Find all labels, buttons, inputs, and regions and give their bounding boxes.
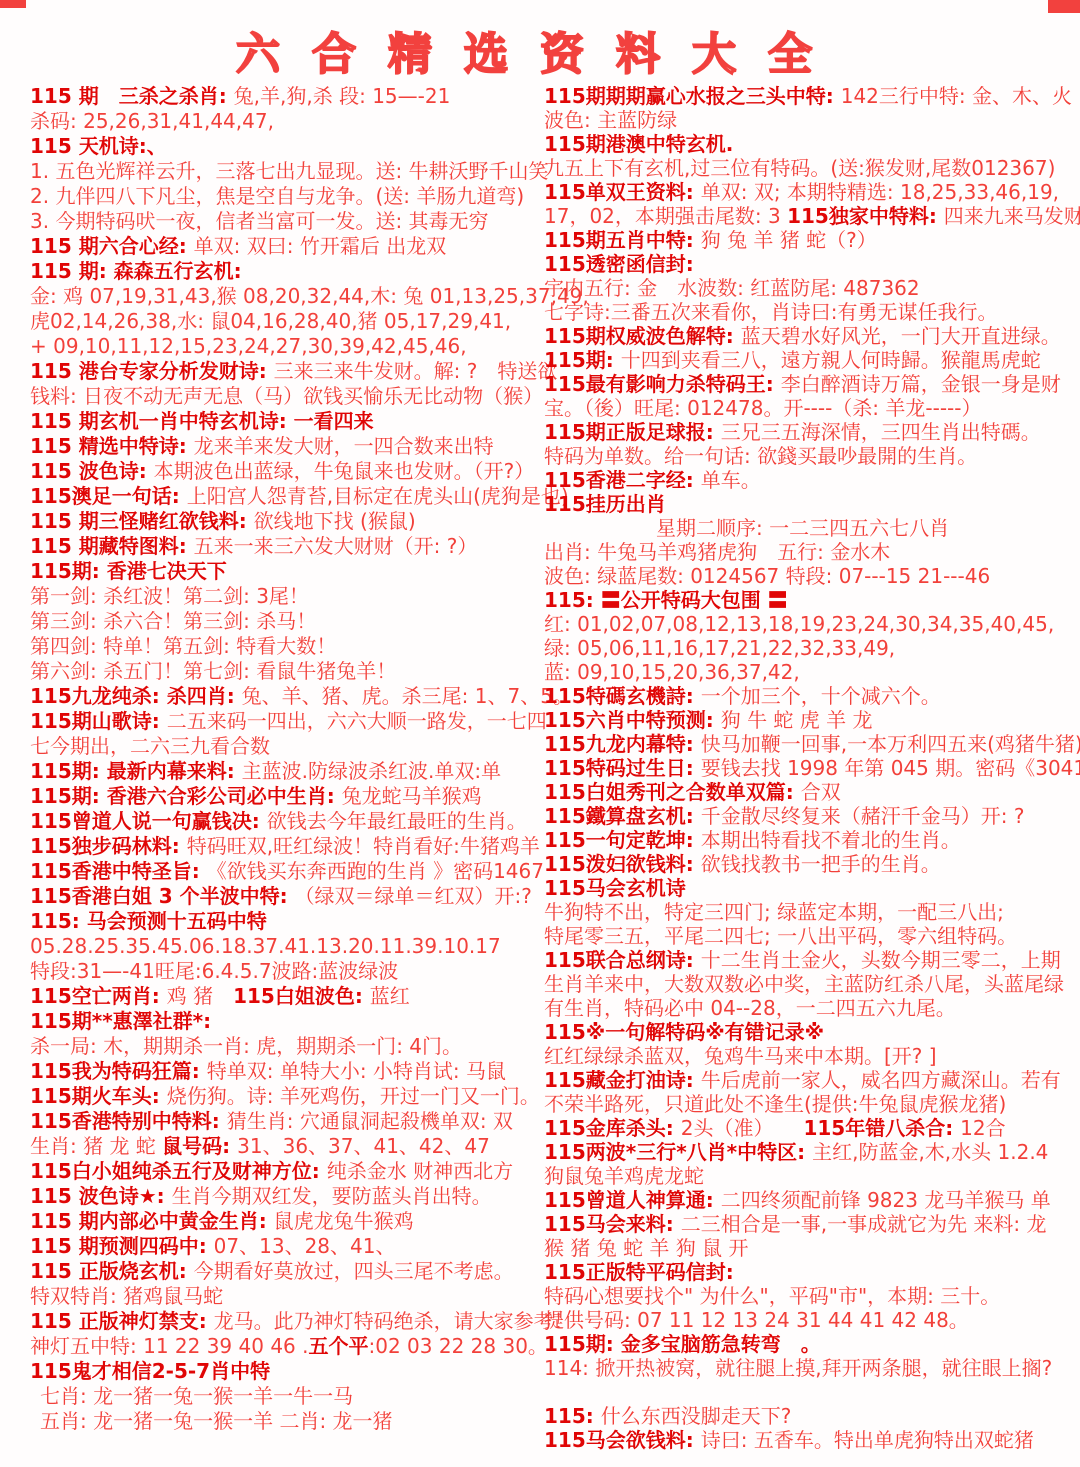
text-line: 115: 马会预测十五码中特	[30, 909, 544, 934]
text-line: 红: 01,02,07,08,12,13,18,19,23,24,30,34,3…	[544, 612, 1076, 636]
text-line: 第四剑: 特单！第五剑: 特看大数！	[30, 634, 544, 659]
text-line: 生肖羊来中，大数双数必中奖，主蓝防红杀八尾，头蓝尾绿	[544, 972, 1076, 996]
red-corner-mark-right	[1048, 0, 1080, 13]
text-line: 波色: 绿蓝尾数: 0124567 特段: 07---15 21---46	[544, 564, 1076, 588]
text-line: 蓝: 09,10,15,20,36,37,42,	[544, 660, 1076, 684]
text-line: 115 期三怪赌红欲钱料: 欲线地下找 (猴鼠)	[30, 509, 544, 534]
text-line: 2. 九伴四八下凡尘，焦是空自与龙争。(送: 羊肠九道弯)	[30, 184, 544, 209]
text-line: 115: 什么东西没脚走天下?	[544, 1404, 1076, 1428]
left-column: 115 期 三杀之杀肖: 兔,羊,狗,杀 段: 15—-21杀码: 25,26,…	[30, 84, 544, 1452]
text-line: 绿: 05,06,11,16,17,21,22,32,33,49,	[544, 636, 1076, 660]
text-line: 钱料: 日夜不动无声无息（马）欲钱买愉乐无比动物（猴）	[30, 384, 544, 409]
text-line: 115期五肖中特: 狗 兔 羊 猪 蛇（?）	[544, 228, 1076, 252]
text-line: 115两波*三行*八肖*中特区: 主红,防蓝金,木,水头 1.2.4	[544, 1140, 1076, 1164]
text-line: 115期: 最新内幕来料: 主蓝波.防绿波杀红波.单双:单	[30, 759, 544, 784]
text-line: 115九龙内幕特: 快马加鞭一回事,一本万利四五来(鸡猪牛猪)	[544, 732, 1076, 756]
text-line: 115马会玄机诗	[544, 876, 1076, 900]
text-line: 115 港台专家分析发财诗: 三来三来牛发财。解: ? 特送欲	[30, 359, 544, 384]
text-line: 115独步码林料: 特码旺双,旺红绿波！特肖看好:牛猪鸡羊	[30, 834, 544, 859]
text-line: 特双特肖: 猪鸡鼠马蛇	[30, 1284, 544, 1309]
text-line: 出肖: 牛兔马羊鸡猪虎狗 五行: 金水木	[544, 540, 1076, 564]
text-line: + 09,10,11,12,15,23,24,27,30,39,42,45,46…	[30, 334, 544, 359]
text-line: 提供号码: 07 11 12 13 24 31 44 41 42 48。	[544, 1308, 1076, 1332]
text-line: 115 期: 森森五行玄机:	[30, 259, 544, 284]
text-line: 115白姐秀刊之合数单双篇: 合双	[544, 780, 1076, 804]
text-line: 115 正版神灯禁支: 龙马。此乃神灯特码绝杀，请大家参考！	[30, 1309, 544, 1334]
text-line: 特码为单数。给一句话: 欲錢买最吵最開的生肖。	[544, 444, 1076, 468]
text-line: 有生肖，特码必中 04--28，一二四五六九尾。	[544, 996, 1076, 1020]
text-line: 星期二顺序: 一二三四五六七八肖	[544, 516, 1076, 540]
text-line: 特码心想要找个" 为什么"，平码"市"，本期: 三十。	[544, 1284, 1076, 1308]
text-line: 115挂历出肖	[544, 492, 1076, 516]
text-line: 115香港二字经: 单车。	[544, 468, 1076, 492]
text-line: 115期: 金多宝脑筋急转弯 。	[544, 1332, 1076, 1356]
text-line: 宇内五行: 金 水波数: 红蓝防尾: 487362	[544, 276, 1076, 300]
text-line: 七字诗:三番五次来看你，肖诗曰:有勇无谋任我行。	[544, 300, 1076, 324]
text-line: 114: 掀开热被窝，就往腿上摸,拜开两条腿，就往眼上搁?	[544, 1356, 1076, 1380]
text-line: 特段:31—-41旺尾:6.4.5.7波路:蓝波绿波	[30, 959, 544, 984]
text-line: 不荣半路死，只道此处不逢生(提供:牛兔鼠虎猴龙猪)	[544, 1092, 1076, 1116]
text-line: 115空亡两肖: 鸡 猪 115白姐波色: 蓝红	[30, 984, 544, 1009]
text-line	[544, 1380, 1076, 1404]
text-line: 杀码: 25,26,31,41,44,47,	[30, 109, 544, 134]
right-column: 115期期期赢心水报之三头中特: 142三行中特: 金、木、火波色: 主蓝防绿1…	[544, 84, 1076, 1452]
text-line: 05.28.25.35.45.06.18.37.41.13.20.11.39.1…	[30, 934, 544, 959]
text-line: 115我为特码狂篇: 特单双: 单特大小: 小特肖试: 马鼠	[30, 1059, 544, 1084]
text-line: 115※一句解特码※有错记录※	[544, 1020, 1076, 1044]
text-line: 115 波色诗★: 生肖今期双红发，要防蓝头肖出特。	[30, 1184, 544, 1209]
text-line: 115期: 香港六合彩公司必中生肖: 兔龙蛇马羊猴鸡	[30, 784, 544, 809]
text-line: 115 正版烧玄机: 今期看好莫放过，四头三尾不考虑。	[30, 1259, 544, 1284]
text-line: 第一剑: 杀红波！第二剑: 3尾！	[30, 584, 544, 609]
text-line: 115透密函信封:	[544, 252, 1076, 276]
text-line: 115九龙纯杀: 杀四肖: 兔、羊、猪、虎。杀三尾: 1、7、5。	[30, 684, 544, 709]
text-line: 生肖: 猪 龙 蛇 鼠号码: 31、36、37、41、42、47	[30, 1134, 544, 1159]
text-line: 115香港白姐 3 个半波中特: （绿双＝绿单＝红双）开:?	[30, 884, 544, 909]
text-line: 115最有影响力杀特码王: 李白醉酒诗万篇，金银一身是财	[544, 372, 1076, 396]
text-line: 115马会来料: 二三相合是一事,一事成就它为先 来料: 龙	[544, 1212, 1076, 1236]
text-line: 虎02,14,26,38,水: 鼠04,16,28,40,猪 05,17,29,…	[30, 309, 544, 334]
page-title: 六合精选资料大全	[0, 18, 1080, 82]
text-line: 115 期玄机一肖中特玄机诗: 一看四来	[30, 409, 544, 434]
content-columns: 115 期 三杀之杀肖: 兔,羊,狗,杀 段: 15—-21杀码: 25,26,…	[30, 84, 1076, 1452]
text-line: 115期权威波色解特: 蓝天碧水好风光，一门大开直进绿。	[544, 324, 1076, 348]
text-line: 115曾道人神算通: 二四终须配前锋 9823 龙马羊猴马 单	[544, 1188, 1076, 1212]
text-line: 115特码过生日: 要钱去找 1998 年第 045 期。密码《304195》	[544, 756, 1076, 780]
text-line: 宝。（後）旺尾: 012478。开----（杀: 羊龙-----）	[544, 396, 1076, 420]
text-line: 115鬼才相信2-5-7肖中特	[30, 1359, 544, 1384]
text-line: 杀一局: 木，期期杀一肖: 虎，期期杀一门: 4门。	[30, 1034, 544, 1059]
text-line: 115 期藏特图料: 五来一来三六发大财财（开: ?）	[30, 534, 544, 559]
text-line: 九五上下有玄机,过三位有特码。(送:猴发财,尾数012367)	[544, 156, 1076, 180]
text-line: 115金库杀头: 2头（准） 115年错八杀合: 12合	[544, 1116, 1076, 1140]
text-line: 115单双王资料: 单双: 双; 本期特精选: 18,25,33,46,19,	[544, 180, 1076, 204]
text-line: 1. 五色光辉祥云升，三落七出九显现。送: 牛耕沃野千山笑	[30, 159, 544, 184]
text-line: 115 期预测四码中: 07、13、28、41、	[30, 1234, 544, 1259]
text-line: 五肖: 龙一猪一兔一猴一羊 二肖: 龙一猪	[30, 1409, 544, 1434]
text-line: 115期山歌诗: 二五来码一四出，六六大顺一路发，一七四	[30, 709, 544, 734]
red-corner-mark-left	[0, 0, 26, 8]
text-line: 七肖: 龙一猪一兔一猴一羊一牛一马	[30, 1384, 544, 1409]
text-line: 115 期六合心经: 单双: 双曰: 竹开霜后 出龙双	[30, 234, 544, 259]
text-line: 115期: 香港七决天下	[30, 559, 544, 584]
text-line: 狗鼠兔羊鸡虎龙蛇	[544, 1164, 1076, 1188]
text-line: 115曾道人说一句赢钱决: 欲钱去今年最红最旺的生肖。	[30, 809, 544, 834]
text-line: 115期期期赢心水报之三头中特: 142三行中特: 金、木、火	[544, 84, 1076, 108]
text-line: 115六肖中特预测: 狗 牛 蛇 虎 羊 龙	[544, 708, 1076, 732]
text-line: 特尾零三五，平尾二四七; 一八出平码，零六组特码。	[544, 924, 1076, 948]
text-line: 115 精选中特诗: 龙来羊来发大财，一四合数来出特	[30, 434, 544, 459]
text-line: 115马会欲钱料: 诗曰: 五香车。特出单虎狗特出双蛇猪	[544, 1428, 1076, 1452]
text-line: 115联合总纲诗: 十二生肖土金火，头数今期三零二，上期	[544, 948, 1076, 972]
text-line: 115特碼玄機詩: 一个加三个，十个减六个。	[544, 684, 1076, 708]
text-line: 115期正版足球报: 三兄三五海深情，三四生肖出特碼。	[544, 420, 1076, 444]
text-line: 第三剑: 杀六合！第三剑: 杀马！	[30, 609, 544, 634]
text-line: 猴 猪 兔 蛇 羊 狗 鼠 开	[544, 1236, 1076, 1260]
text-line: 红红绿绿杀蓝双，兔鸡牛马来中本期。[开? ]	[544, 1044, 1076, 1068]
text-line: 牛狗特不出，特定三四门; 绿蓝定本期，一配三八出;	[544, 900, 1076, 924]
text-line: 17，02，本期强击尾数: 3 115独家中特料: 四来九来马发财	[544, 204, 1076, 228]
text-line: 115: 〓公开特码大包围 〓	[544, 588, 1076, 612]
text-line: 七今期出，二六三九看合数	[30, 734, 544, 759]
text-line: 115期**惠澤社群*:	[30, 1009, 544, 1034]
text-line: 115 波色诗: 本期波色出蓝绿，牛兔鼠来也发财。（开?）	[30, 459, 544, 484]
text-line: 115 期 三杀之杀肖: 兔,羊,狗,杀 段: 15—-21	[30, 84, 544, 109]
text-line: 115香港特别中特料: 猜生肖: 穴通鼠洞起殺機单双: 双	[30, 1109, 544, 1134]
text-line: 金: 鸡 07,19,31,43,猴 08,20,32,44,木: 兔 01,1…	[30, 284, 544, 309]
text-line: 115正版特平码信封:	[544, 1260, 1076, 1284]
text-line: 115期: 十四到夹看三八，遠方親人何時歸。猴龍馬虎蛇	[544, 348, 1076, 372]
text-line: 神灯五中特: 11 22 39 40 46 .五个平:02 03 22 28 3…	[30, 1334, 544, 1359]
text-line: 115期火车头: 烧伤狗。诗: 羊死鸡伤，开过一门又一门。	[30, 1084, 544, 1109]
text-line: 115澳足一句话: 上阳宫人怨青苔,目标定在虎头山(虎狗是也)	[30, 484, 544, 509]
text-line: 115香港中特圣旨: 《欲钱买东奔西跑的生肖 》密码1467	[30, 859, 544, 884]
text-line: 115白小姐纯杀五行及财神方位: 纯杀金水 财神西北方	[30, 1159, 544, 1184]
text-line: 第六剑: 杀五门！第七剑: 看鼠牛猪兔羊！	[30, 659, 544, 684]
text-line: 115 天机诗:、	[30, 134, 544, 159]
text-line: 115藏金打油诗: 牛后虎前一家人，威名四方藏深山。若有	[544, 1068, 1076, 1092]
text-line: 波色: 主蓝防绿	[544, 108, 1076, 132]
text-line: 3. 今期特码吠一夜，信者当富可一发。送: 其毒无穷	[30, 209, 544, 234]
text-line: 115泼妇欲钱料: 欲钱找教书一把手的生肖。	[544, 852, 1076, 876]
text-line: 115 期内部必中黄金生肖: 鼠虎龙兔牛猴鸡	[30, 1209, 544, 1234]
text-line: 115期港澳中特玄机.	[544, 132, 1076, 156]
text-line: 115一句定乾坤: 本期出特看找不着北的生肖。	[544, 828, 1076, 852]
text-line: 115鐵算盘玄机: 千金散尽终复来（赭汗千金马）开: ?	[544, 804, 1076, 828]
